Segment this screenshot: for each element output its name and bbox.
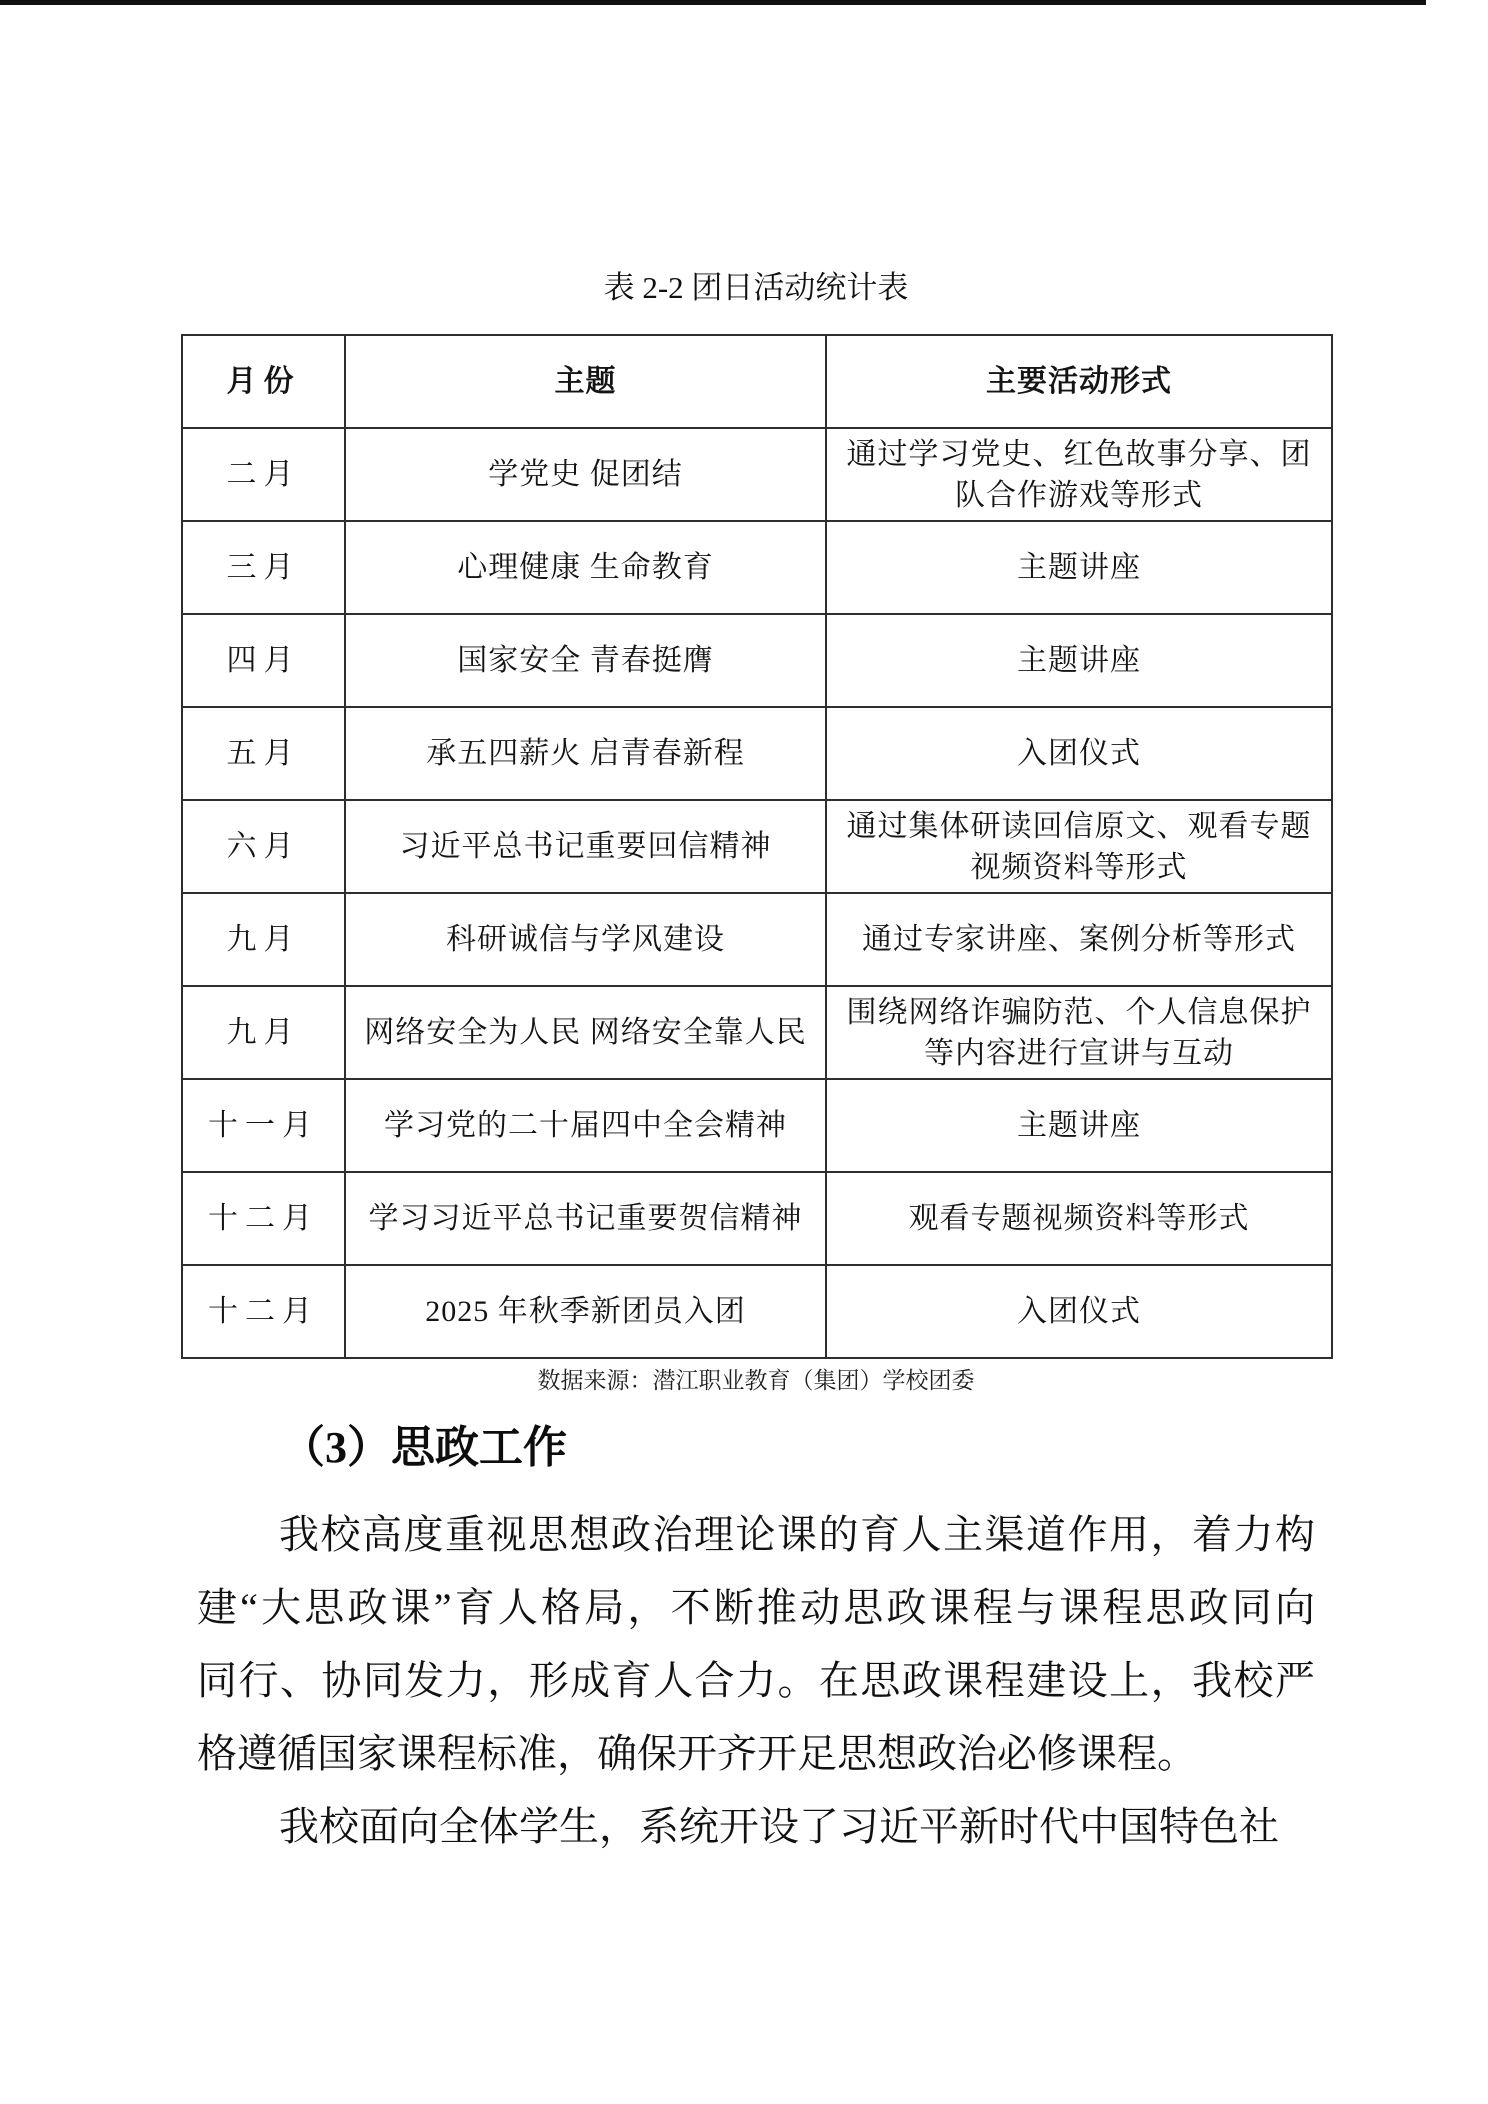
- cell-theme: 学习习近平总书记重要贺信精神: [345, 1172, 826, 1265]
- paragraph-line: 格遵循国家课程标准，确保开齐开足思想政治必修课程。: [197, 1717, 1315, 1790]
- body-text: 我校高度重视思想政治理论课的育人主渠道作用，着力构建“大思政课”育人格局，不断推…: [181, 1498, 1331, 1863]
- cell-theme: 学习党的二十届四中全会精神: [345, 1079, 826, 1172]
- cell-theme: 学党史 促团结: [345, 428, 826, 521]
- cell-theme: 网络安全为人民 网络安全靠人民: [345, 986, 826, 1079]
- top-window-edge: [0, 0, 1426, 5]
- table-header: 月份主题主要活动形式: [182, 335, 1332, 428]
- paragraph-line: 我校高度重视思想政治理论课的育人主渠道作用，着力构: [197, 1498, 1315, 1571]
- cell-month: 十二月: [182, 1172, 345, 1265]
- cell-format: 入团仪式: [826, 1265, 1332, 1358]
- table-row: 四月国家安全 青春挺膺主题讲座: [182, 614, 1332, 707]
- cell-month: 十一月: [182, 1079, 345, 1172]
- table-row: 十一月学习党的二十届四中全会精神主题讲座: [182, 1079, 1332, 1172]
- cell-format: 主题讲座: [826, 1079, 1332, 1172]
- cell-format: 通过学习党史、红色故事分享、团队合作游戏等形式: [826, 428, 1332, 521]
- cell-format: 通过专家讲座、案例分析等形式: [826, 893, 1332, 986]
- paragraph: 我校高度重视思想政治理论课的育人主渠道作用，着力构建“大思政课”育人格局，不断推…: [197, 1498, 1315, 1790]
- cell-format: 入团仪式: [826, 707, 1332, 800]
- paragraph-line: 我校面向全体学生，系统开设了习近平新时代中国特色社: [197, 1790, 1315, 1863]
- cell-theme: 承五四薪火 启青春新程: [345, 707, 826, 800]
- paragraph: 我校面向全体学生，系统开设了习近平新时代中国特色社: [197, 1790, 1315, 1863]
- table-row: 九月网络安全为人民 网络安全靠人民围绕网络诈骗防范、个人信息保护等内容进行宣讲与…: [182, 986, 1332, 1079]
- paragraph-line: 同行、协同发力，形成育人合力。在思政课程建设上，我校严: [197, 1644, 1315, 1717]
- cell-month: 九月: [182, 986, 345, 1079]
- column-header-theme: 主题: [345, 335, 826, 428]
- table-row: 三月心理健康 生命教育主题讲座: [182, 521, 1332, 614]
- cell-month: 十二月: [182, 1265, 345, 1358]
- table-row: 十二月学习习近平总书记重要贺信精神观看专题视频资料等形式: [182, 1172, 1332, 1265]
- column-header-month: 月份: [182, 335, 345, 428]
- table-row: 十二月2025 年秋季新团员入团入团仪式: [182, 1265, 1332, 1358]
- document-content: 表 2-2 团日活动统计表 月份主题主要活动形式 二月学党史 促团结通过学习党史…: [181, 266, 1331, 1863]
- cell-format: 围绕网络诈骗防范、个人信息保护等内容进行宣讲与互动: [826, 986, 1332, 1079]
- table-row: 六月习近平总书记重要回信精神通过集体研读回信原文、观看专题视频资料等形式: [182, 800, 1332, 893]
- cell-theme: 国家安全 青春挺膺: [345, 614, 826, 707]
- cell-format: 观看专题视频资料等形式: [826, 1172, 1332, 1265]
- table-body: 二月学党史 促团结通过学习党史、红色故事分享、团队合作游戏等形式三月心理健康 生…: [182, 428, 1332, 1358]
- table-row: 五月承五四薪火 启青春新程入团仪式: [182, 707, 1332, 800]
- league-day-activity-table: 月份主题主要活动形式 二月学党史 促团结通过学习党史、红色故事分享、团队合作游戏…: [181, 334, 1333, 1359]
- cell-month: 四月: [182, 614, 345, 707]
- cell-month: 五月: [182, 707, 345, 800]
- table-caption-title: 表 2-2 团日活动统计表: [181, 266, 1331, 310]
- cell-theme: 科研诚信与学风建设: [345, 893, 826, 986]
- data-source-note: 数据来源：潜江职业教育（集团）学校团委: [181, 1366, 1331, 1396]
- cell-month: 九月: [182, 893, 345, 986]
- column-header-format: 主要活动形式: [826, 335, 1332, 428]
- cell-theme: 2025 年秋季新团员入团: [345, 1265, 826, 1358]
- cell-month: 六月: [182, 800, 345, 893]
- section-heading: （3）思政工作: [281, 1420, 1331, 1476]
- paragraph-line: 建“大思政课”育人格局，不断推动思政课程与课程思政同向: [197, 1571, 1315, 1644]
- cell-month: 二月: [182, 428, 345, 521]
- cell-month: 三月: [182, 521, 345, 614]
- table-header-row: 月份主题主要活动形式: [182, 335, 1332, 428]
- cell-theme: 心理健康 生命教育: [345, 521, 826, 614]
- cell-format: 主题讲座: [826, 614, 1332, 707]
- table-row: 九月科研诚信与学风建设通过专家讲座、案例分析等形式: [182, 893, 1332, 986]
- table-row: 二月学党史 促团结通过学习党史、红色故事分享、团队合作游戏等形式: [182, 428, 1332, 521]
- cell-format: 主题讲座: [826, 521, 1332, 614]
- cell-format: 通过集体研读回信原文、观看专题视频资料等形式: [826, 800, 1332, 893]
- cell-theme: 习近平总书记重要回信精神: [345, 800, 826, 893]
